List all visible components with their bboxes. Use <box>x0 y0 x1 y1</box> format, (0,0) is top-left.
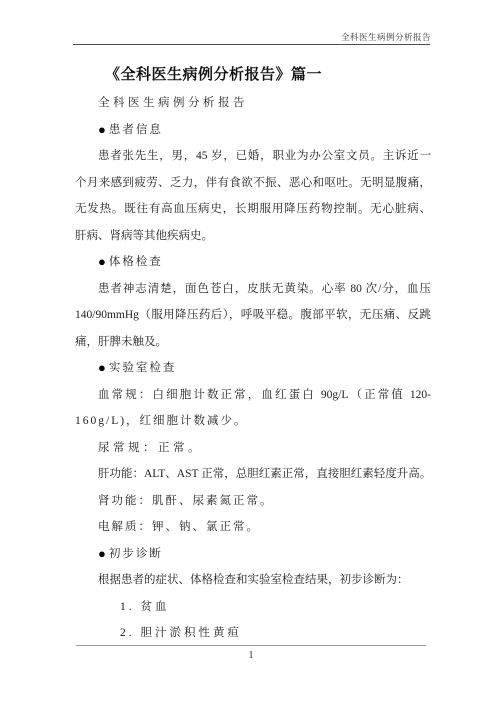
bullet-icon: ● <box>98 249 106 276</box>
section-heading: 实验室检查 <box>109 362 177 374</box>
header-rule <box>73 44 430 45</box>
text-line: 140/90mmHg（服用降压药后），呼吸平稳。腹部平软，无压痛、反跳 <box>75 302 431 329</box>
bullet-line: ●实验室检查 <box>75 355 431 382</box>
section-heading: 体格检查 <box>109 256 163 268</box>
text-line: 个月来感到疲劳、乏力，伴有食欲不振、恶心和呕吐。无明显腹痛， <box>75 170 431 197</box>
text-line: 肝功能：ALT、AST 正常，总胆红素正常，直接胆红素轻度升高。 <box>75 461 431 488</box>
bullet-line: ●患者信息 <box>75 117 431 144</box>
bullet-icon: ● <box>98 355 106 382</box>
document-title: 《全科医生病例分析报告》篇一 <box>105 63 322 84</box>
document-page: 全科医生病例分析报告 《全科医生病例分析报告》篇一 全科医生病例分析报告●患者信… <box>0 0 500 707</box>
header-title: 全科医生病例分析报告 <box>75 31 431 43</box>
text-line: 电解质：钾、钠、氯正常。 <box>75 514 431 541</box>
text-line: 无发热。既往有高血压病史，长期服用降压药物控制。无心脏病、 <box>75 196 431 223</box>
text-line: 肾功能：肌酐、尿素氮正常。 <box>75 488 431 515</box>
text-line: 1. 贫血 <box>75 594 431 621</box>
text-line: 160g/L)，红细胞计数减少。 <box>75 408 431 435</box>
bullet-line: ●初步诊断 <box>75 541 431 568</box>
bullet-line: ●体格检查 <box>75 249 431 276</box>
section-heading: 初步诊断 <box>109 548 163 560</box>
page-number: 1 <box>75 649 427 661</box>
text-line: 根据患者的症状、体格检查和实验室检查结果，初步诊断为： <box>75 567 431 594</box>
footer-rule <box>76 645 426 646</box>
text-line: 痛，肝脾未触及。 <box>75 329 431 356</box>
text-line: 患者张先生，男，45 岁，已婚，职业为办公室文员。主诉近一 <box>75 143 431 170</box>
text-line: 全科医生病例分析报告 <box>75 90 431 117</box>
text-line: 肝病、肾病等其他疾病史。 <box>75 223 431 250</box>
section-heading: 患者信息 <box>109 124 163 136</box>
bullet-icon: ● <box>98 541 106 568</box>
text-line: 2. 胆汁淤积性黄疸 <box>75 620 431 647</box>
text-line: 患者神志清楚，面色苍白，皮肤无黄染。心率 80 次/分，血压 <box>75 276 431 303</box>
document-body: 全科医生病例分析报告●患者信息患者张先生，男，45 岁，已婚，职业为办公室文员。… <box>75 90 431 647</box>
bullet-icon: ● <box>98 117 106 144</box>
text-line: 尿常规：正常。 <box>75 435 431 462</box>
text-line: 血常规：白细胞计数正常，血红蛋白 90g/L（正常值 120- <box>75 382 431 409</box>
